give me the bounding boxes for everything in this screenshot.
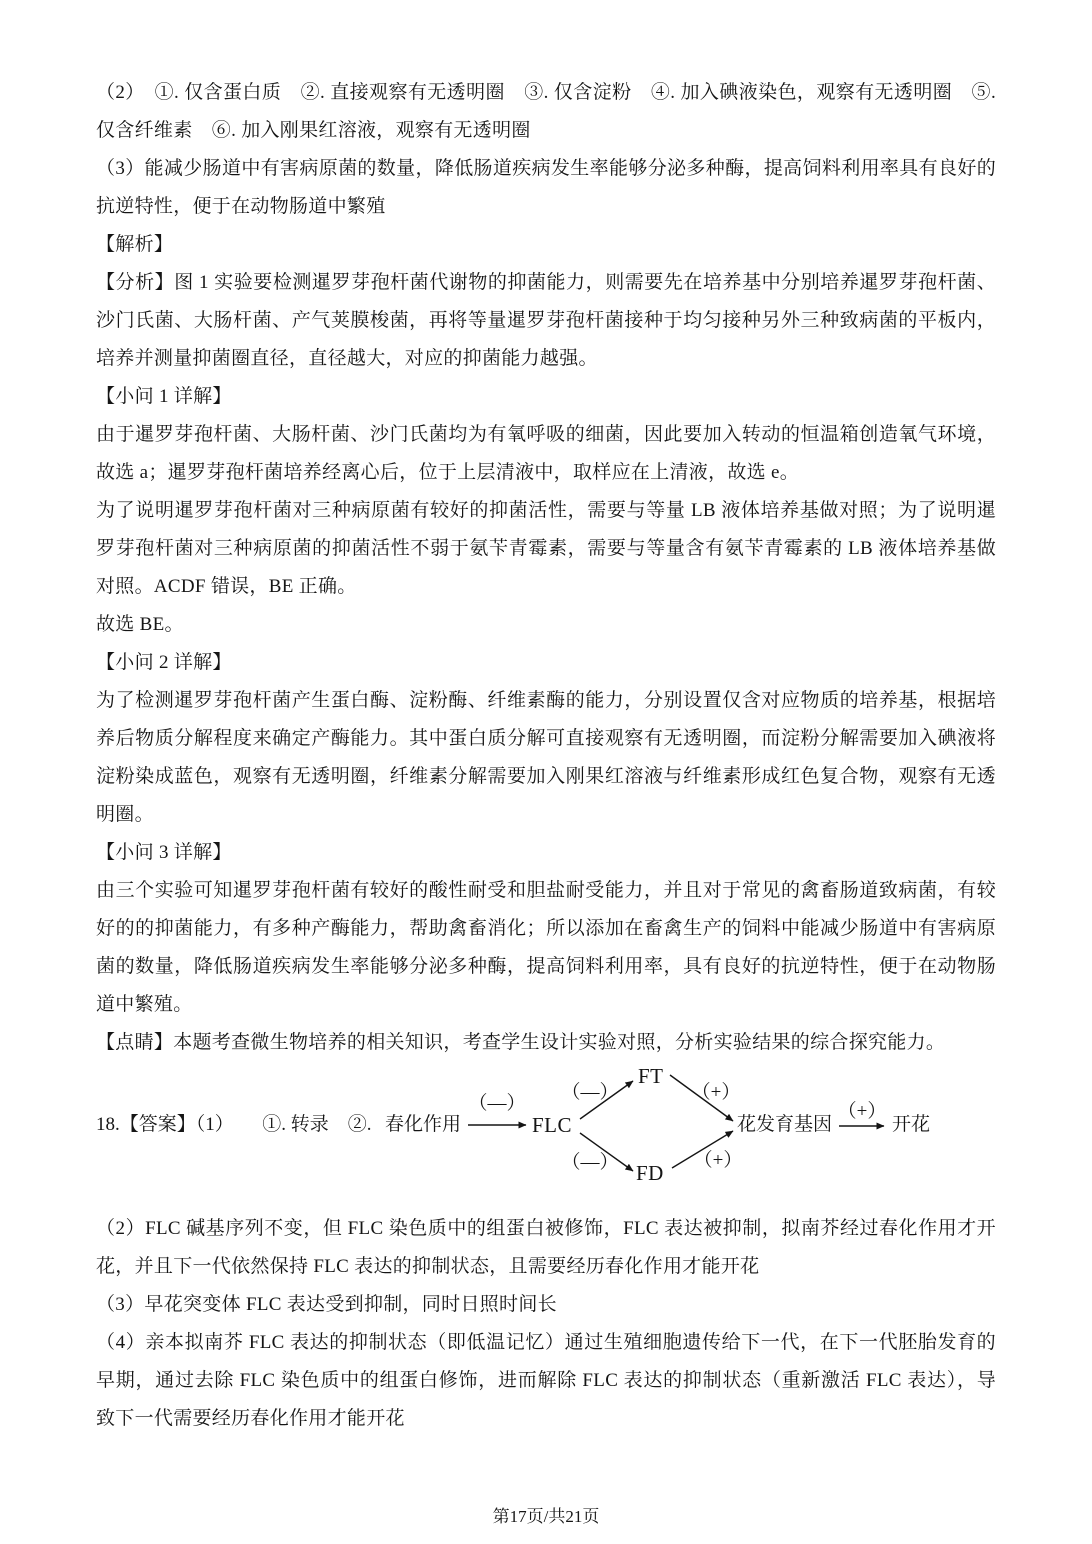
node-flowering: 开花 (892, 1114, 930, 1136)
edge-label-flc-fd: （—） (561, 1152, 618, 1174)
subq3-paragraph: 由三个实验可知暹罗芽孢杆菌有较好的酸性耐受和胆盐耐受能力，并且对于常见的禽畜肠道… (96, 872, 996, 1024)
node-vernalization: 春化作用 (385, 1114, 461, 1136)
subq1-paragraph-2: 为了说明暹罗芽孢杆菌对三种病原菌有较好的抑菌活性，需要与等量 LB 液体培养基做… (96, 492, 996, 606)
answer-2-line: （2） ①. 仅含蛋白质 ②. 直接观察有无透明圈 ③. 仅含淀粉 ④. 加入碘… (96, 74, 996, 150)
edge-label-vernalization-flc: （—） (468, 1093, 525, 1115)
answer18-4-paragraph: （4）亲本拟南芥 FLC 表达的抑制状态（即低温记忆）通过生殖细胞遗传给下一代，… (96, 1324, 996, 1438)
answer18-2-paragraph: （2）FLC 碱基序列不变，但 FLC 染色质中的组蛋白被修饰，FLC 表达被抑… (96, 1210, 996, 1286)
edge-label-fd-gene: （+） (694, 1150, 743, 1172)
fenxi-paragraph: 【分析】图 1 实验要检测暹罗芽孢杆菌代谢物的抑菌能力，则需要先在培养基中分别培… (96, 264, 996, 378)
edge-label-ft-gene: （+） (692, 1082, 741, 1104)
flowering-pathway-diagram: 18.【答案】（1） ①. 转录 ②. 春化作用 FLC FT FD 花发育基因… (96, 1064, 996, 1198)
page-number-footer: 第17页/共21页 (0, 1502, 1092, 1527)
answer-3-line: （3）能减少肠道中有害病原菌的数量，降低肠道疾病发生率能够分泌多种酶，提高饲料利… (96, 150, 996, 226)
subq1-heading: 【小问 1 详解】 (96, 378, 996, 416)
edge-label-gene-flowering: （+） (838, 1101, 887, 1123)
subq1-conclusion: 故选 BE。 (96, 606, 996, 644)
subq3-heading: 【小问 3 详解】 (96, 834, 996, 872)
node-flower-development-gene: 花发育基因 (737, 1114, 832, 1136)
dianjing-paragraph: 【点睛】本题考查微生物培养的相关知识，考查学生设计实验对照，分析实验结果的综合探… (96, 1024, 996, 1062)
edge-label-flc-ft: （—） (561, 1082, 618, 1104)
jiexi-heading: 【解析】 (96, 226, 996, 264)
subq1-paragraph-1: 由于暹罗芽孢杆菌、大肠杆菌、沙门氏菌均为有氧呼吸的细菌，因此要加入转动的恒温箱创… (96, 416, 996, 492)
document-page: （2） ①. 仅含蛋白质 ②. 直接观察有无透明圈 ③. 仅含淀粉 ④. 加入碘… (0, 0, 1092, 1544)
answer-content: （2） ①. 仅含蛋白质 ②. 直接观察有无透明圈 ③. 仅含淀粉 ④. 加入碘… (96, 74, 996, 1438)
node-fd: FD (636, 1162, 664, 1184)
node-flc: FLC (532, 1114, 572, 1136)
subq2-paragraph: 为了检测暹罗芽孢杆菌产生蛋白酶、淀粉酶、纤维素酶的能力，分别设置仅含对应物质的培… (96, 682, 996, 834)
answer18-prefix: 18.【答案】（1） ①. 转录 ②. (96, 1114, 372, 1136)
node-ft: FT (638, 1065, 664, 1087)
answer18-3-paragraph: （3）早花突变体 FLC 表达受到抑制，同时日照时间长 (96, 1286, 996, 1324)
subq2-heading: 【小问 2 详解】 (96, 644, 996, 682)
